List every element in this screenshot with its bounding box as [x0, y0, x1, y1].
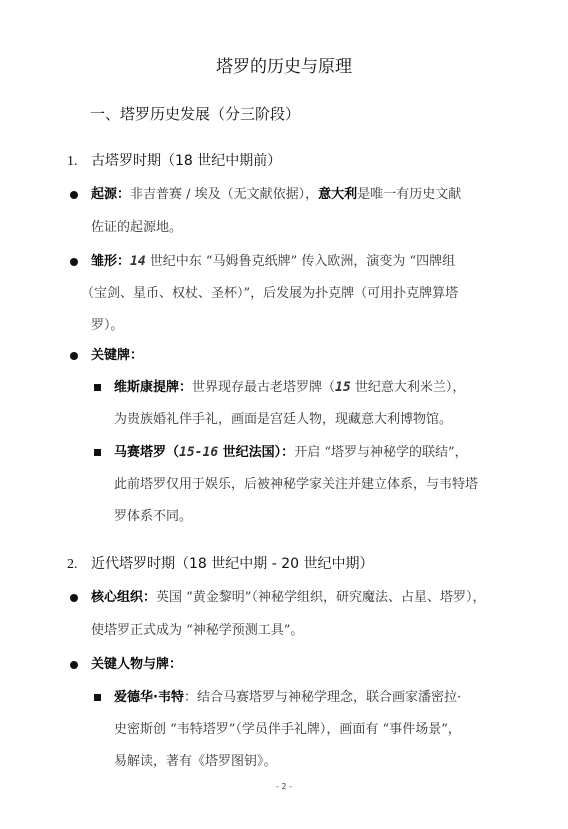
key-figures-label-text: 关键人物与牌： [91, 657, 182, 672]
century-number: 15 [335, 380, 351, 395]
bullet-dot-icon [70, 191, 78, 199]
origin-line-2: 佐证的起源地。 [91, 220, 182, 236]
marseille-line-2: 此前塔罗仅用于娱乐，后被神秘学家关注并建立体系，与韦特塔 [114, 477, 478, 493]
marseille-label-cont: 世纪法国）： [218, 445, 294, 460]
bullet-dot-icon [70, 594, 78, 602]
visconti-line-2: 为贵族婚礼伴手礼，画面是宫廷人物，现藏意大利博物馆。 [114, 412, 452, 428]
core-org-text: 英国 “黄金黎明”（神秘学组织，研究魔法、占星、塔罗）， [156, 590, 485, 605]
period-title: 近代塔罗时期（18 世纪中期 - 20 世纪中期） [91, 556, 373, 572]
waite-label: 爱德华·韦特 [114, 690, 184, 705]
core-org-label: 核心组织： [91, 590, 156, 605]
period-number: 1. [67, 154, 91, 170]
waite-line-3: 易解读，著有《塔罗图钥》。 [114, 754, 277, 770]
origin-text-cont: 是唯一有历史文献 [357, 187, 461, 202]
waite-line-2: 史密斯创 “韦特塔罗”（学员伴手礼牌），画面有 “事件场景”， [114, 722, 461, 738]
bullet-dot-icon [70, 661, 78, 669]
visconti-line-1: 维斯康提牌：世界现存最古老塔罗牌（15 世纪意大利米兰）， [114, 380, 465, 396]
origin-line-1: 起源：非吉普赛 / 埃及（无文献依据），意大利是唯一有历史文献 [91, 187, 461, 203]
document-page: 塔罗的历史与原理 一、塔罗历史发展（分三阶段） 1.古塔罗时期（18 世纪中期前… [0, 0, 568, 829]
marseille-line-3: 罗体系不同。 [114, 509, 192, 525]
key-cards-label: 关键牌： [91, 348, 143, 364]
core-org-line-2: 使塔罗正式成为 “神秘学预测工具”。 [91, 623, 303, 639]
marseille-label: 马赛塔罗（ [114, 445, 179, 460]
key-cards-label-text: 关键牌： [91, 348, 143, 363]
visconti-label: 维斯康提牌： [114, 380, 192, 395]
waite-text: ：结合马赛塔罗与神秘学理念，联合画家潘密拉· [184, 690, 461, 705]
origin-text: 非吉普赛 / 埃及（无文献依据）， [130, 187, 318, 202]
prototype-line-2: （宝剑、星币、权杖、圣杯）”，后发展为扑克牌（可用扑克牌算塔 [81, 286, 458, 302]
key-figures-label: 关键人物与牌： [91, 657, 182, 673]
prototype-label: 雏形： [91, 254, 130, 269]
century-range: 15-16 [179, 445, 218, 460]
period-2-heading: 2.近代塔罗时期（18 世纪中期 - 20 世纪中期） [67, 553, 373, 573]
bullet-square-icon [94, 384, 101, 391]
period-number: 2. [67, 557, 91, 573]
prototype-text: 世纪中东 “马姆鲁克纸牌” 传入欧洲，演变为 “四牌组 [146, 254, 455, 269]
visconti-text-cont: 世纪意大利米兰）， [351, 380, 466, 395]
waite-line-1: 爱德华·韦特：结合马赛塔罗与神秘学理念，联合画家潘密拉· [114, 690, 461, 706]
century-number: 14 [130, 254, 146, 269]
italy-highlight: 意大利 [318, 187, 357, 202]
period-1-heading: 1.古塔罗时期（18 世纪中期前） [67, 150, 281, 170]
bullet-square-icon [94, 449, 101, 456]
page-number: - 2 - [0, 782, 568, 791]
origin-label: 起源： [91, 187, 130, 202]
section-heading: 一、塔罗历史发展（分三阶段） [90, 103, 300, 124]
period-title: 古塔罗时期（18 世纪中期前） [91, 153, 281, 169]
marseille-text: 开启 “塔罗与神秘学的联结”， [294, 445, 467, 460]
visconti-text: 世界现存最古老塔罗牌（ [192, 380, 335, 395]
prototype-line-1: 雏形：14 世纪中东 “马姆鲁克纸牌” 传入欧洲，演变为 “四牌组 [91, 254, 455, 270]
document-title: 塔罗的历史与原理 [0, 52, 568, 77]
prototype-line-3: 罗）。 [91, 318, 124, 334]
bullet-dot-icon [70, 352, 78, 360]
bullet-square-icon [94, 694, 101, 701]
core-org-line-1: 核心组织：英国 “黄金黎明”（神秘学组织，研究魔法、占星、塔罗）， [91, 590, 485, 606]
bullet-dot-icon [70, 258, 78, 266]
marseille-line-1: 马赛塔罗（15-16 世纪法国）：开启 “塔罗与神秘学的联结”， [114, 445, 468, 461]
